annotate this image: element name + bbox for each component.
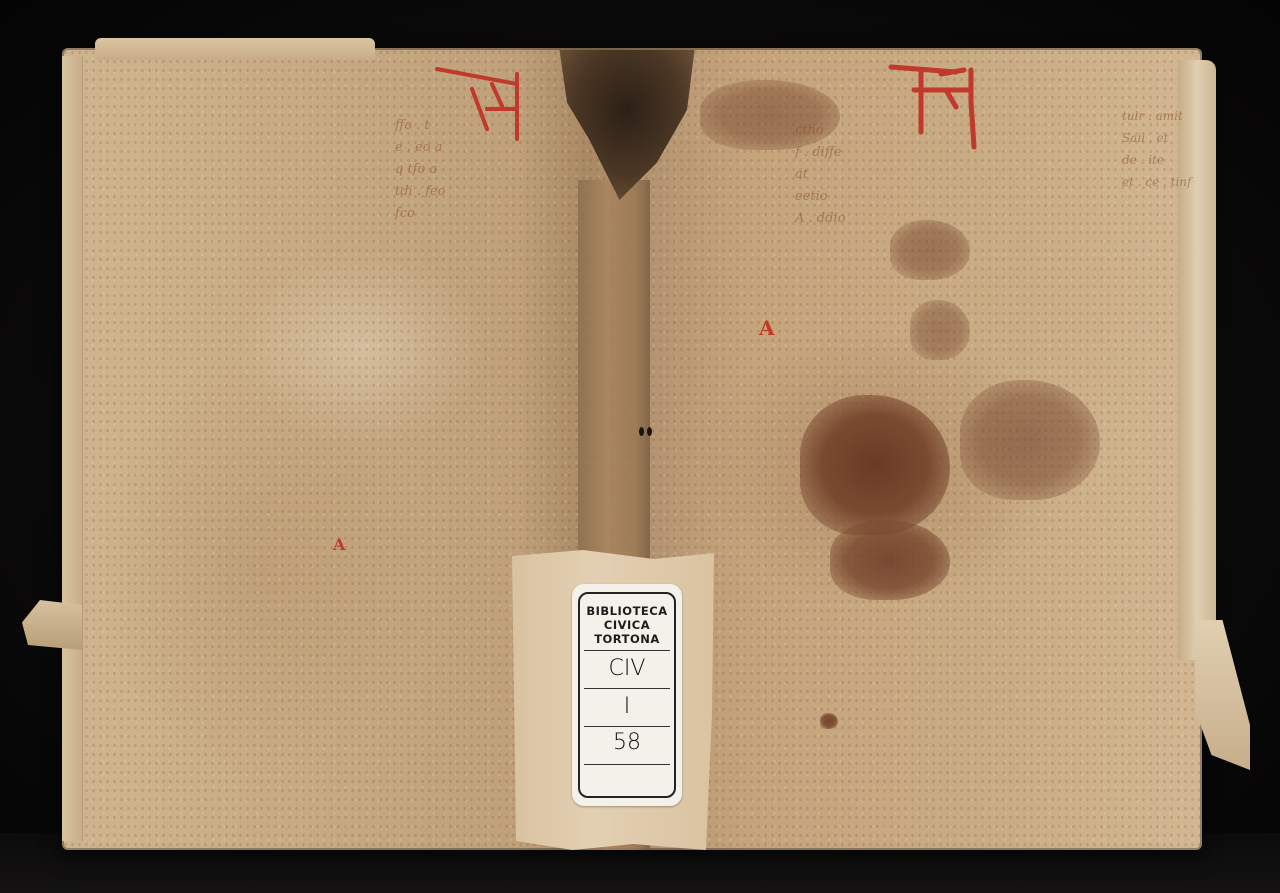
faded-script-right: ctho f . diffe at eetio A . ddio <box>795 120 845 230</box>
label-divider <box>584 650 670 651</box>
label-line-3: TORTONA <box>580 632 674 646</box>
red-initial-right: A <box>759 316 775 340</box>
stain-mid-right <box>890 220 970 280</box>
dark-stain-right <box>960 380 1100 500</box>
torn-top-flap <box>95 38 375 60</box>
red-monogram-left <box>432 64 527 144</box>
shelfmark-number: 58 <box>580 730 674 755</box>
red-initial-left: A <box>333 535 345 554</box>
faded-script-left: ffo . t e . eo a q tfo a tdi . feo fco <box>395 115 445 225</box>
dark-stain-main <box>800 395 950 535</box>
turned-in-edge-left <box>62 56 83 841</box>
label-border: BIBLIOTECA CIVICA TORTONA CIV I 58 <box>578 592 676 798</box>
label-divider <box>584 726 670 727</box>
label-line-2: CIVICA <box>580 618 674 632</box>
shelfmark-series: I <box>580 694 674 719</box>
shelfmark-fund: CIV <box>580 656 674 681</box>
library-shelfmark-label: BIBLIOTECA CIVICA TORTONA CIV I 58 <box>572 584 682 806</box>
dark-stain-lower <box>830 520 950 600</box>
library-name: BIBLIOTECA CIVICA TORTONA <box>580 604 674 646</box>
sewing-holes <box>639 423 659 435</box>
label-divider <box>584 688 670 689</box>
label-divider <box>584 764 670 765</box>
stain-mid-right-2 <box>910 300 970 360</box>
faded-script-far-right: tulr . amit Saii . et de . ite et . ce .… <box>1122 105 1191 193</box>
label-line-1: BIBLIOTECA <box>580 604 674 618</box>
red-monogram-right <box>886 62 981 152</box>
small-hole-stain <box>820 713 838 729</box>
